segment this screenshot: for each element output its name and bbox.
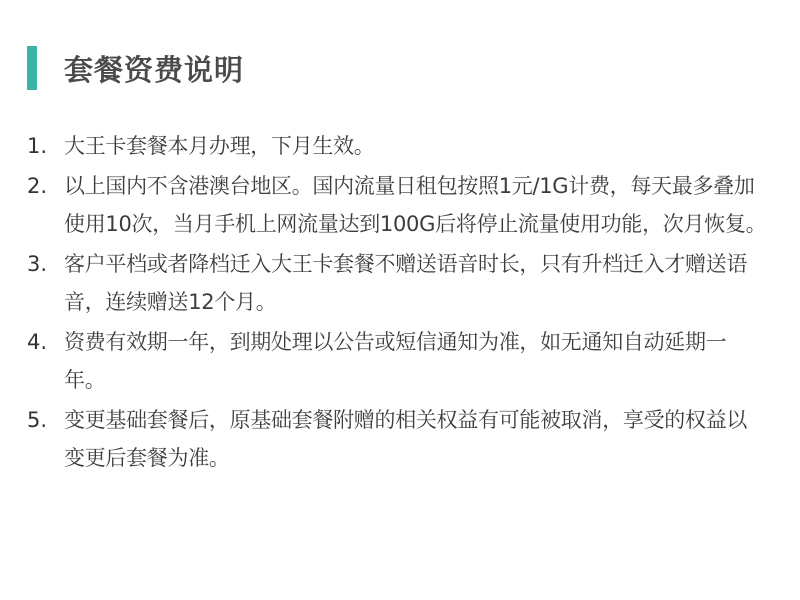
rule-number: 4. bbox=[27, 323, 64, 399]
rule-text: 客户平档或者降档迁入大王卡套餐不赠送语音时长，只有升档迁入才赠送语音，连续赠送1… bbox=[64, 245, 767, 321]
rule-number: 3. bbox=[27, 245, 64, 321]
fee-rules-list: 1. 大王卡套餐本月办理，下月生效。 2. 以上国内不含港澳台地区。国内流量日租… bbox=[27, 127, 767, 479]
rule-text: 以上国内不含港澳台地区。国内流量日租包按照1元/1G计费，每天最多叠加使用10次… bbox=[64, 167, 767, 243]
rule-text: 变更基础套餐后，原基础套餐附赠的相关权益有可能被取消，享受的权益以变更后套餐为准… bbox=[64, 401, 767, 477]
rule-item: 3. 客户平档或者降档迁入大王卡套餐不赠送语音时长，只有升档迁入才赠送语音，连续… bbox=[27, 245, 767, 321]
page-title: 套餐资费说明 bbox=[64, 48, 244, 89]
rule-item: 5. 变更基础套餐后，原基础套餐附赠的相关权益有可能被取消，享受的权益以变更后套… bbox=[27, 401, 767, 477]
rule-number: 5. bbox=[27, 401, 64, 477]
rule-item: 1. 大王卡套餐本月办理，下月生效。 bbox=[27, 127, 767, 165]
accent-bar bbox=[27, 46, 37, 90]
rule-text: 大王卡套餐本月办理，下月生效。 bbox=[64, 127, 767, 165]
rule-number: 2. bbox=[27, 167, 64, 243]
section-header: 套餐资费说明 bbox=[27, 46, 244, 90]
rule-text: 资费有效期一年，到期处理以公告或短信通知为准，如无通知自动延期一年。 bbox=[64, 323, 767, 399]
rule-item: 4. 资费有效期一年，到期处理以公告或短信通知为准，如无通知自动延期一年。 bbox=[27, 323, 767, 399]
rule-number: 1. bbox=[27, 127, 64, 165]
rule-item: 2. 以上国内不含港澳台地区。国内流量日租包按照1元/1G计费，每天最多叠加使用… bbox=[27, 167, 767, 243]
